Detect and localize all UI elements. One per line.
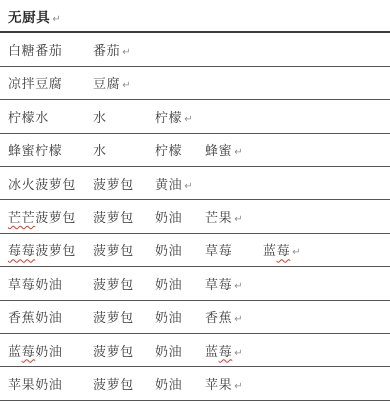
cell-text: 草莓奶油 <box>8 278 62 293</box>
paragraph-mark-icon: ↵ <box>292 247 300 258</box>
ingredient-cell: 草莓 <box>205 240 263 259</box>
ingredient-cell: 蓝莓↵ <box>263 240 390 259</box>
cell-text: 冰火菠萝包 <box>8 178 76 193</box>
misspelled-text: 莓莓 <box>8 244 35 259</box>
cell-text: 菠萝包 <box>35 211 76 226</box>
recipe-name-cell: 冰火菠萝包 <box>8 174 93 193</box>
cell-text: 豆腐 <box>93 77 120 92</box>
table-row: 柠檬水水柠檬↵ <box>0 100 390 133</box>
cell-text: 白糖番茄 <box>8 44 62 59</box>
ingredient-cell: 草莓↵ <box>205 274 263 293</box>
cell-text: 菠萝包 <box>93 178 134 193</box>
cell-text: 蜂蜜 <box>205 144 232 159</box>
paragraph-mark-icon: ↵ <box>234 381 242 392</box>
paragraph-mark-icon: ↵ <box>234 314 242 325</box>
paragraph-mark-icon: ↵ <box>184 181 192 192</box>
recipe-name-cell: 柠檬水 <box>8 107 93 126</box>
cell-text: 菠萝包 <box>93 244 134 259</box>
table-row: 蓝莓奶油菠萝包奶油蓝莓↵ <box>0 334 390 367</box>
cell-text: 香蕉奶油 <box>8 311 62 326</box>
ingredient-cell: 奶油 <box>155 207 205 226</box>
cell-text: 凉拌豆腐 <box>8 77 62 92</box>
cell-text: 奶油 <box>155 244 182 259</box>
cell-text: 蓝 <box>8 345 22 360</box>
table-row: 芒芒菠萝包菠萝包奶油芒果↵ <box>0 200 390 233</box>
ingredient-cell: 蓝莓↵ <box>205 341 263 360</box>
ingredient-cell: 水 <box>93 140 155 159</box>
ingredient-cell: 奶油 <box>155 274 205 293</box>
recipe-name-cell: 莓莓菠萝包 <box>8 240 93 259</box>
cell-text: 苹果奶油 <box>8 378 62 393</box>
cell-text: 香蕉 <box>205 311 232 326</box>
cell-text: 菠萝包 <box>93 311 134 326</box>
cell-text: 菠萝包 <box>93 345 134 360</box>
paragraph-mark-icon: ↵ <box>234 147 242 158</box>
ingredient-cell: 奶油 <box>155 307 205 326</box>
recipe-name-cell: 芒芒菠萝包 <box>8 207 93 226</box>
table-row: 莓莓菠萝包菠萝包奶油草莓蓝莓↵ <box>0 234 390 267</box>
cell-text: 蜂蜜柠檬 <box>8 144 62 159</box>
ingredient-cell: 豆腐↵ <box>93 73 155 92</box>
table-row: 苹果奶油菠萝包奶油苹果↵ <box>0 367 390 400</box>
title-row: 无厨具↵ <box>0 0 390 33</box>
cell-text: 菠萝包 <box>35 244 76 259</box>
ingredient-cell: 蜂蜜↵ <box>205 140 263 159</box>
cell-text: 草莓 <box>205 244 232 259</box>
ingredient-cell: 菠萝包 <box>93 274 155 293</box>
paragraph-mark-icon: ↵ <box>234 214 242 225</box>
recipe-name-cell: 香蕉奶油 <box>8 307 93 326</box>
paragraph-mark-icon: ↵ <box>234 348 242 359</box>
recipe-name-cell: 草莓奶油 <box>8 274 93 293</box>
recipe-name-cell: 凉拌豆腐 <box>8 73 93 92</box>
cell-text: 蓝 <box>263 244 277 259</box>
ingredient-cell: 柠檬 <box>155 140 205 159</box>
paragraph-mark-icon: ↵ <box>122 47 130 58</box>
ingredient-cell: 水 <box>93 107 155 126</box>
document-page: 无厨具↵ 白糖番茄番茄↵凉拌豆腐豆腐↵柠檬水水柠檬↵蜂蜜柠檬水柠檬蜂蜜↵冰火菠萝… <box>0 0 390 404</box>
cell-text: 蓝 <box>205 345 219 360</box>
cell-text: 奶油 <box>155 278 182 293</box>
ingredient-cell: 菠萝包 <box>93 207 155 226</box>
cell-text: 水 <box>93 111 107 126</box>
cell-text: 奶油 <box>155 211 182 226</box>
table-row: 蜂蜜柠檬水柠檬蜂蜜↵ <box>0 134 390 167</box>
cell-text: 柠檬 <box>155 111 182 126</box>
cell-text: 菠萝包 <box>93 211 134 226</box>
ingredient-cell: 奶油 <box>155 240 205 259</box>
table-row: 香蕉奶油菠萝包奶油香蕉↵ <box>0 301 390 334</box>
misspelled-text: 莓 <box>219 345 233 360</box>
cell-text: 菠萝包 <box>93 278 134 293</box>
cell-text: 黄油 <box>155 178 182 193</box>
cell-text: 奶油 <box>155 311 182 326</box>
cell-text: 奶油 <box>155 345 182 360</box>
ingredient-cell: 香蕉↵ <box>205 307 263 326</box>
cell-text: 水 <box>93 144 107 159</box>
ingredient-cell: 奶油 <box>155 341 205 360</box>
ingredient-cell: 柠檬↵ <box>155 107 205 126</box>
cell-text: 芒果 <box>205 211 232 226</box>
misspelled-text: 莓 <box>277 244 291 259</box>
recipe-name-cell: 蜂蜜柠檬 <box>8 140 93 159</box>
ingredient-cell: 芒果↵ <box>205 207 263 226</box>
table-row: 冰火菠萝包菠萝包黄油↵ <box>0 167 390 200</box>
table-row: 白糖番茄番茄↵ <box>0 33 390 66</box>
ingredient-cell: 菠萝包 <box>93 240 155 259</box>
cell-text: 苹果 <box>205 378 232 393</box>
ingredient-cell: 菠萝包 <box>93 307 155 326</box>
cell-text: 奶油 <box>35 345 62 360</box>
cell-text: 柠檬水 <box>8 111 49 126</box>
paragraph-mark-icon: ↵ <box>184 114 192 125</box>
cell-text: 草莓 <box>205 278 232 293</box>
recipe-name-cell: 白糖番茄 <box>8 40 93 59</box>
paragraph-mark-icon: ↵ <box>234 281 242 292</box>
ingredient-cell: 黄油↵ <box>155 174 205 193</box>
ingredient-cell: 菠萝包 <box>93 374 155 393</box>
ingredient-cell: 菠萝包 <box>93 341 155 360</box>
recipe-table: 白糖番茄番茄↵凉拌豆腐豆腐↵柠檬水水柠檬↵蜂蜜柠檬水柠檬蜂蜜↵冰火菠萝包菠萝包黄… <box>0 33 390 400</box>
section-title-text: 无厨具 <box>8 10 50 26</box>
cell-text: 柠檬 <box>155 144 182 159</box>
cell-text: 番茄 <box>93 44 120 59</box>
recipe-name-cell: 蓝莓奶油 <box>8 341 93 360</box>
table-row: 凉拌豆腐豆腐↵ <box>0 67 390 100</box>
misspelled-text: 莓 <box>22 345 36 360</box>
ingredient-cell: 番茄↵ <box>93 40 155 59</box>
ingredient-cell: 菠萝包 <box>93 174 155 193</box>
cell-text: 奶油 <box>155 378 182 393</box>
misspelled-text: 芒芒 <box>8 211 35 226</box>
cell-text: 菠萝包 <box>93 378 134 393</box>
table-row: 草莓奶油菠萝包奶油草莓↵ <box>0 267 390 300</box>
paragraph-mark-icon: ↵ <box>52 14 60 25</box>
paragraph-mark-icon: ↵ <box>122 80 130 91</box>
ingredient-cell: 奶油 <box>155 374 205 393</box>
section-title: 无厨具↵ <box>8 6 390 26</box>
ingredient-cell: 苹果↵ <box>205 374 263 393</box>
recipe-name-cell: 苹果奶油 <box>8 374 93 393</box>
